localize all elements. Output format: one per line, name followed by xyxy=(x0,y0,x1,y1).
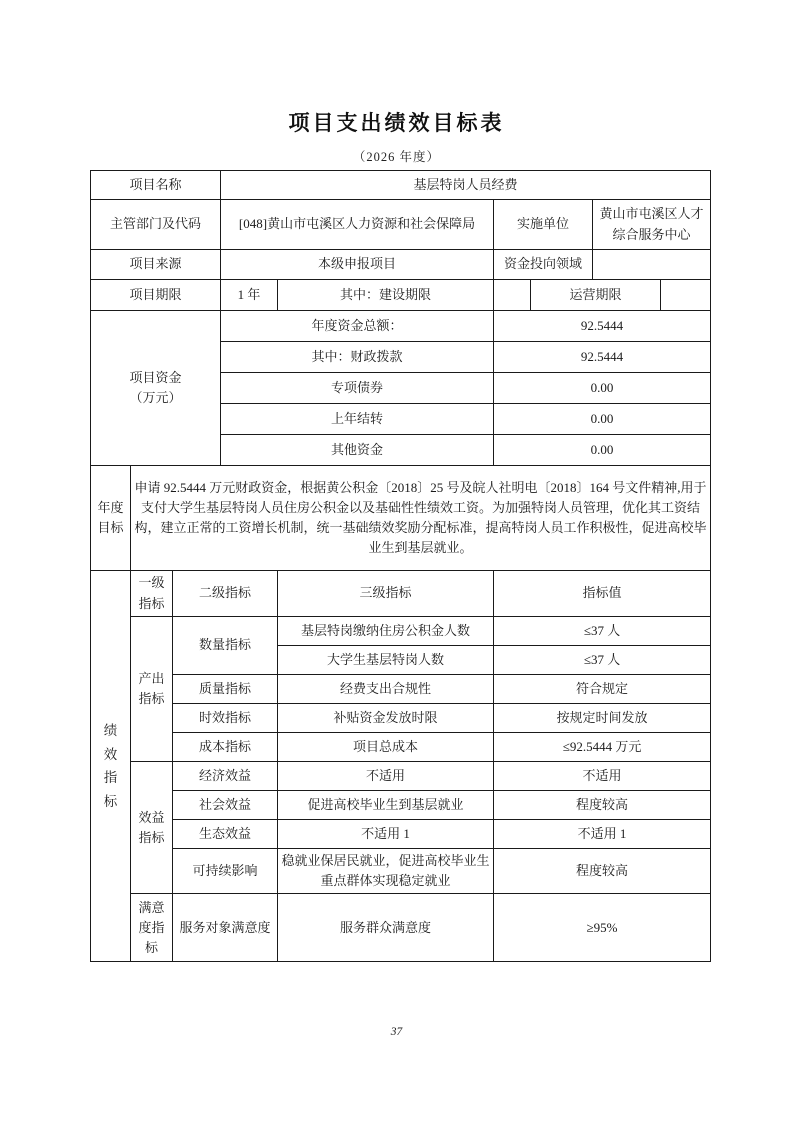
indicator-value: ≤37 人 xyxy=(494,617,711,646)
indicator-row: 可持续影响 稳就业保居民就业，促进高校毕业生重点群体实现稳定就业 程度较高 xyxy=(91,849,711,894)
indicator-l2: 经济效益 xyxy=(173,762,278,791)
indicator-l3: 经费支出合规性 xyxy=(278,675,494,704)
dept-value: [048]黄山市屯溪区人力资源和社会保障局 xyxy=(221,200,494,250)
indicator-l2: 服务对象满意度 xyxy=(173,894,278,962)
table-row: 项目期限 1 年 其中：建设期限 运营期限 xyxy=(91,280,711,311)
indicator-l3: 促进高校毕业生到基层就业 xyxy=(278,791,494,820)
indicator-l2: 可持续影响 xyxy=(173,849,278,894)
table-row: 项目资金 （万元） 年度资金总额： 92.5444 xyxy=(91,311,711,342)
page-subtitle: （2026 年度） xyxy=(0,147,793,165)
table-row: 绩效指标 一级指标 二级指标 三级指标 指标值 xyxy=(91,571,711,617)
indicator-l3: 稳就业保居民就业，促进高校毕业生重点群体实现稳定就业 xyxy=(278,849,494,894)
indicator-value: 按规定时间发放 xyxy=(494,704,711,733)
fund-carryover-value: 0.00 xyxy=(494,404,711,435)
invest-field-label: 资金投向领域 xyxy=(494,250,593,280)
annual-goal-label: 年度目标 xyxy=(91,466,131,571)
indicator-value: ≤37 人 xyxy=(494,646,711,675)
funds-label-line2: （万元） xyxy=(94,388,217,408)
indicator-row: 生态效益 不适用 1 不适用 1 xyxy=(91,820,711,849)
funds-section-label: 项目资金 （万元） xyxy=(91,311,221,466)
table-row: 主管部门及代码 [048]黄山市屯溪区人力资源和社会保障局 实施单位 黄山市屯溪… xyxy=(91,200,711,250)
indicator-row: 时效指标 补贴资金发放时限 按规定时间发放 xyxy=(91,704,711,733)
source-label: 项目来源 xyxy=(91,250,221,280)
fund-total-value: 92.5444 xyxy=(494,311,711,342)
source-value: 本级申报项目 xyxy=(221,250,494,280)
indicator-l3: 项目总成本 xyxy=(278,733,494,762)
indicator-l2: 质量指标 xyxy=(173,675,278,704)
indicator-value: ≤92.5444 万元 xyxy=(494,733,711,762)
fund-other-label: 其他资金 xyxy=(221,435,494,466)
indicator-l2: 生态效益 xyxy=(173,820,278,849)
indicator-row: 效益指标 经济效益 不适用 不适用 xyxy=(91,762,711,791)
group-benefit-label: 效益指标 xyxy=(131,762,173,894)
indicator-row: 满意度指标 服务对象满意度 服务群众满意度 ≥95% xyxy=(91,894,711,962)
indicator-value: 不适用 1 xyxy=(494,820,711,849)
page-number: 37 xyxy=(0,1026,793,1038)
header-level2: 二级指标 xyxy=(173,571,278,617)
header-level1: 一级指标 xyxy=(131,571,173,617)
table-row: 年度目标 申请 92.5444 万元财政资金，根据黄公积金〔2018〕25 号及… xyxy=(91,466,711,571)
operation-period-value xyxy=(661,280,711,311)
period-label: 项目期限 xyxy=(91,280,221,311)
indicator-l2: 成本指标 xyxy=(173,733,278,762)
indicator-l2: 数量指标 xyxy=(173,617,278,675)
performance-target-table: 项目名称 基层特岗人员经费 主管部门及代码 [048]黄山市屯溪区人力资源和社会… xyxy=(90,170,711,962)
indicator-l3: 服务群众满意度 xyxy=(278,894,494,962)
indicator-row: 社会效益 促进高校毕业生到基层就业 程度较高 xyxy=(91,791,711,820)
fund-fiscal-label: 其中：财政拨款 xyxy=(221,342,494,373)
impl-unit-label: 实施单位 xyxy=(494,200,593,250)
period-value: 1 年 xyxy=(221,280,278,311)
fund-bond-label: 专项债券 xyxy=(221,373,494,404)
header-value: 指标值 xyxy=(494,571,711,617)
indicator-l3: 不适用 1 xyxy=(278,820,494,849)
indicator-value: ≥95% xyxy=(494,894,711,962)
project-name-label: 项目名称 xyxy=(91,171,221,200)
indicator-l3: 不适用 xyxy=(278,762,494,791)
annual-goal-text: 申请 92.5444 万元财政资金，根据黄公积金〔2018〕25 号及皖人社明电… xyxy=(131,466,711,571)
header-level3: 三级指标 xyxy=(278,571,494,617)
indicator-row: 质量指标 经费支出合规性 符合规定 xyxy=(91,675,711,704)
performance-section-label: 绩效指标 xyxy=(91,571,131,962)
fund-total-label: 年度资金总额： xyxy=(221,311,494,342)
indicator-l3: 基层特岗缴纳住房公积金人数 xyxy=(278,617,494,646)
indicator-l2: 时效指标 xyxy=(173,704,278,733)
fund-bond-value: 0.00 xyxy=(494,373,711,404)
build-period-value xyxy=(494,280,531,311)
build-period-label: 其中：建设期限 xyxy=(278,280,494,311)
indicator-l2: 社会效益 xyxy=(173,791,278,820)
project-name-value: 基层特岗人员经费 xyxy=(221,171,711,200)
indicator-l3: 大学生基层特岗人数 xyxy=(278,646,494,675)
invest-field-value xyxy=(593,250,711,280)
group-satisfaction-label: 满意度指标 xyxy=(131,894,173,962)
indicator-row: 成本指标 项目总成本 ≤92.5444 万元 xyxy=(91,733,711,762)
indicator-l3: 补贴资金发放时限 xyxy=(278,704,494,733)
operation-period-label: 运营期限 xyxy=(531,280,661,311)
impl-unit-value: 黄山市屯溪区人才综合服务中心 xyxy=(593,200,711,250)
fund-other-value: 0.00 xyxy=(494,435,711,466)
indicator-value: 程度较高 xyxy=(494,791,711,820)
indicator-value: 不适用 xyxy=(494,762,711,791)
dept-label: 主管部门及代码 xyxy=(91,200,221,250)
table-row: 项目来源 本级申报项目 资金投向领域 xyxy=(91,250,711,280)
indicator-row: 产出指标 数量指标 基层特岗缴纳住房公积金人数 ≤37 人 xyxy=(91,617,711,646)
page-title: 项目支出绩效目标表 xyxy=(0,107,793,137)
document-page: 项目支出绩效目标表 （2026 年度） 项目名称 基层特岗人员经费 主管部门及代… xyxy=(0,0,793,1122)
indicator-value: 符合规定 xyxy=(494,675,711,704)
funds-label-line1: 项目资金 xyxy=(94,368,217,388)
indicator-value: 程度较高 xyxy=(494,849,711,894)
fund-carryover-label: 上年结转 xyxy=(221,404,494,435)
group-output-label: 产出指标 xyxy=(131,617,173,762)
fund-fiscal-value: 92.5444 xyxy=(494,342,711,373)
table-row: 项目名称 基层特岗人员经费 xyxy=(91,171,711,200)
